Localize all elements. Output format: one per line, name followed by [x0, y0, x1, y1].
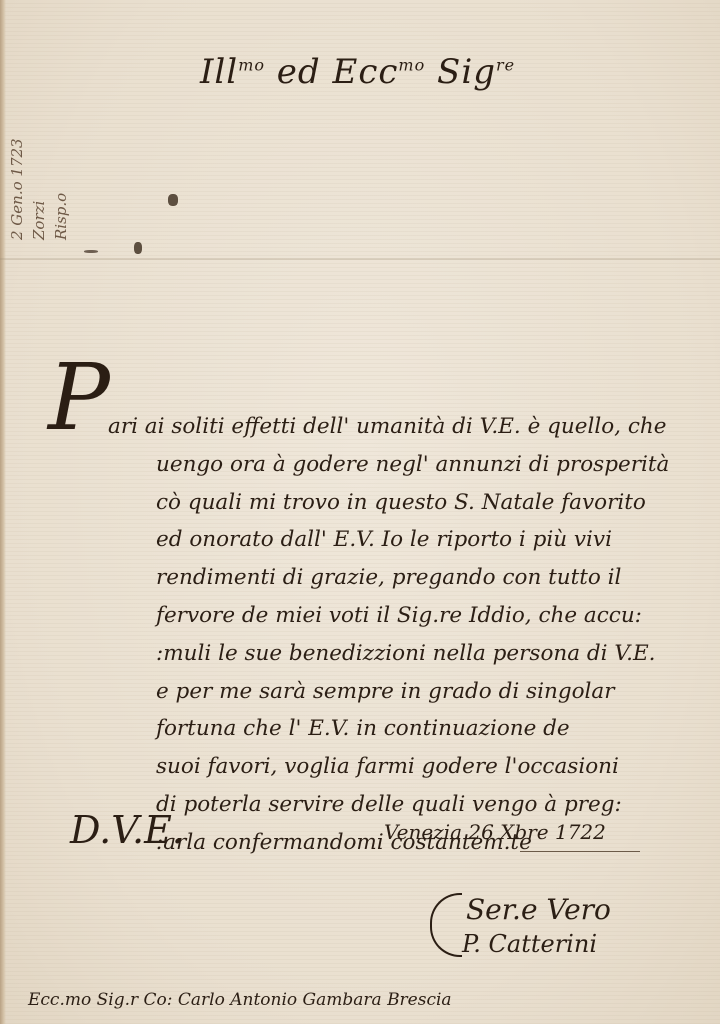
margin-note-line: 2 Gen.o 1723 [8, 138, 26, 240]
body-line: :muli le sue benedizzioni nella persona … [156, 635, 718, 673]
drop-cap: P [48, 352, 110, 444]
closing-abbreviation: D.V.E. [70, 808, 184, 852]
ink-blot [168, 194, 178, 206]
salutation-sup: re [496, 56, 515, 75]
paper-fold-line [0, 258, 720, 260]
signature-line: P. Catterini [462, 927, 611, 961]
recipient-address: Ecc.mo Sig.r Co: Carlo Antonio Gambara B… [28, 990, 452, 1010]
signature: Ser.e Vero P. Catterini [436, 893, 611, 961]
body-line: uengo ora à godere negl' annunzi di pros… [156, 446, 718, 484]
salutation-part: Sig [425, 52, 496, 92]
body-line: fervore de miei voti il Sig.re Iddio, ch… [156, 597, 718, 635]
date-underline [520, 851, 640, 852]
body-line: ed onorato dall' E.V. Io le riporto i pi… [156, 521, 718, 559]
body-line: cò quali mi trovo in questo S. Natale fa… [156, 484, 718, 522]
salutation-sup: mo [238, 56, 265, 75]
body-line: rendimenti di grazie, pregando con tutto… [156, 559, 718, 597]
ink-blot [84, 250, 98, 253]
signature-line: Ser.e Vero [466, 893, 611, 927]
ink-blot [134, 242, 142, 254]
body-line: di poterla servire delle quali vengo à p… [156, 786, 718, 824]
salutation-part: Ill [200, 52, 238, 92]
body-line: e per me sarà sempre in grado di singola… [156, 673, 718, 711]
body-line: ari ai soliti effetti dell' umanità di V… [108, 408, 718, 446]
margin-note: 2 Gen.o 1723 Zorzi Risp.o [6, 20, 86, 240]
place-and-date: Venezia 26 Xbre 1722 [384, 820, 606, 844]
margin-note-line: Risp.o [52, 193, 70, 240]
salutation-sup: mo [398, 56, 425, 75]
salutation-part: ed Ecc [265, 52, 398, 92]
body-line: suoi favori, voglia farmi godere l'occas… [156, 748, 718, 786]
body-line: fortuna che l' E.V. in continuazione de [156, 710, 718, 748]
margin-note-line: Zorzi [30, 201, 48, 240]
salutation-heading: Illmo ed Eccmo Sigre [200, 52, 515, 92]
letter-body: ari ai soliti effetti dell' umanità di V… [108, 408, 718, 862]
